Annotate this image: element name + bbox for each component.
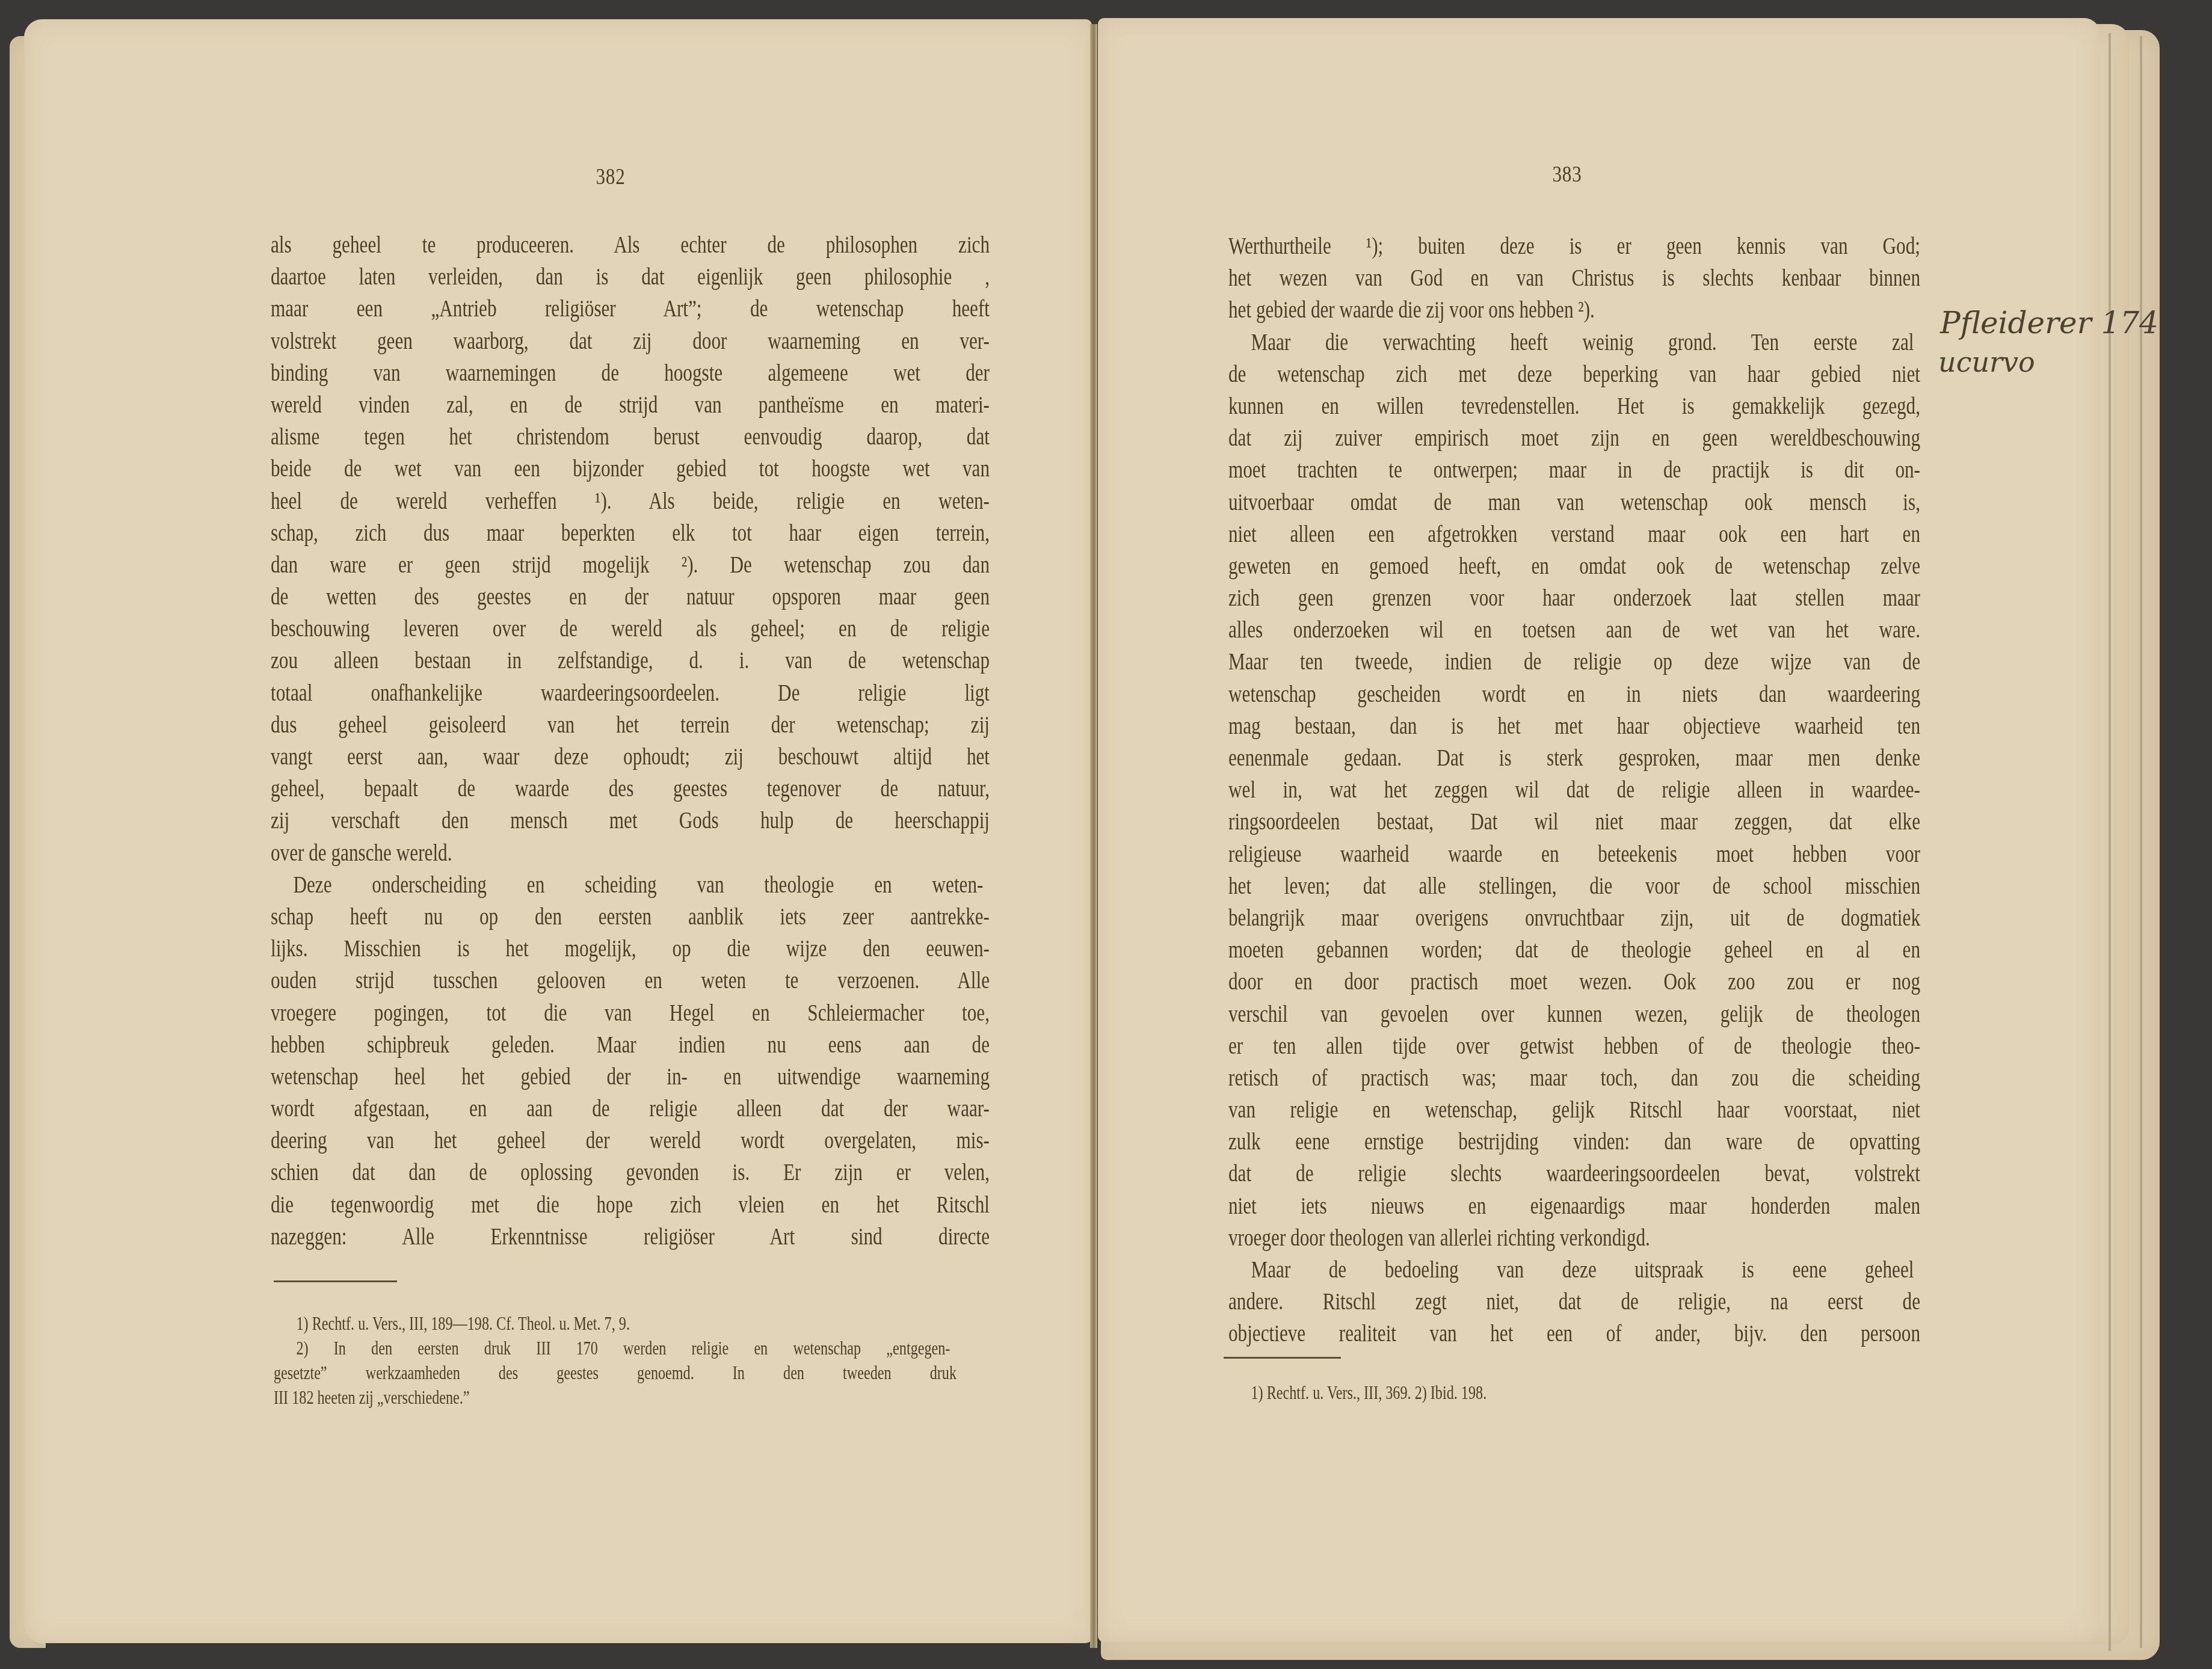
page-edge-shadow [2109,33,2111,1651]
handwritten-margin-note-line1: Pfleiderer 174 [1940,306,2158,340]
text-line: alisme tegen het christendom berust eenv… [271,420,990,452]
text-line: retisch of practisch was; maar toch, dan… [1228,1062,1920,1093]
footnote-line: III 182 heeten zij „verschiedene.” [274,1385,806,1410]
text-line: er ten allen tijde over getwist hebben o… [1228,1030,1920,1062]
page-number-right: 383 [1552,161,1582,188]
text-line: alles onderzoeken wil en toetsen aan de … [1228,613,1920,645]
text-line: schap, zich dus maar beperkten elk tot h… [271,517,990,549]
text-line: belangrijk maar overigens onvruchtbaar z… [1228,902,1920,933]
text-line: wetenschap heel het gebied der in- en ui… [271,1060,990,1092]
text-line: over de gansche wereld. [271,837,831,868]
text-line: beschouwing leveren over de wereld als g… [271,612,990,644]
text-line: Maar de bedoeling van deze uitspraak is … [1228,1253,1914,1285]
text-line: daartoe laten verleiden, dan is dat eige… [271,260,990,292]
footnote-line: 2) In den eersten druk III 170 werden re… [274,1336,950,1360]
text-line: ringsoordeelen bestaat, Dat wil niet maa… [1228,805,1920,837]
text-line: zulk eene ernstige bestrijding vinden: d… [1228,1125,1920,1157]
text-line: het leven; dat alle stellingen, die voor… [1228,870,1920,902]
text-line: moeten gebannen worden; dat de theologie… [1228,933,1920,965]
text-line: binding van waarnemingen de hoogste alge… [271,357,990,389]
text-line: verschil van gevoelen over kunnen wezen,… [1228,998,1920,1030]
text-line: zij verschaft den mensch met Gods hulp d… [271,804,990,836]
text-line: wordt afgestaan, en aan de religie allee… [271,1092,990,1124]
text-line: lijks. Misschien is het mogelijk, op die… [271,932,990,964]
text-line: schien dat dan de oplossing gevonden is.… [271,1156,990,1188]
text-line: wel in, wat het zeggen wil dat de religi… [1228,773,1920,805]
text-line: nazeggen: Alle Erkenntnisse religiöser A… [271,1220,990,1252]
text-line: volstrekt geen waarborg, dat zij door wa… [271,325,990,357]
text-line: dus geheel geisoleerd van het terrein de… [271,708,990,740]
footnote-line: gesetzte” werkzaamheden des geestes geno… [274,1360,957,1385]
text-line: de wetenschap zich met deze beperking va… [1228,358,1920,390]
page-number-left: 382 [596,164,625,190]
text-line: eenenmale gedaan. Dat is sterk gesproken… [1228,742,1920,773]
text-line: vroeger door theologen van allerlei rich… [1228,1222,1768,1253]
handwritten-margin-note-line2: ucurvo [1938,346,2035,378]
text-line: door en door practisch moet wezen. Ook z… [1228,965,1920,997]
footnote-line: 1) Rechtf. u. Vers., III, 189—198. Cf. T… [274,1311,806,1336]
text-line: geheel, bepaalt de waarde des geestes te… [271,772,990,804]
text-line: geweten en gemoed heeft, en omdat ook de… [1228,550,1920,582]
footnote-rule-right [1224,1357,1341,1359]
text-line: de wetten des geestes en der natuur opsp… [271,580,990,612]
book-gutter [1090,24,1097,1648]
text-line: religieuse waarheid waarde en beteekenis… [1228,838,1920,870]
text-line: als geheel te produceeren. Als echter de… [271,229,990,260]
text-line: Maar die verwachting heeft weinig grond.… [1228,326,1914,358]
right-page-footnotes: 1) Rechtf. u. Vers., III, 369. 2) Ibid. … [1228,1380,1770,1405]
text-line: die tegenwoordig met die hope zich vleie… [271,1188,990,1220]
text-line: vangt eerst aan, waar deze ophoudt; zij … [271,740,990,772]
text-line: objectieve realiteit van het een of ande… [1228,1317,1920,1349]
text-line: moet trachten te ontwerpen; maar in de p… [1228,453,1920,485]
footnote-line: 1) Rechtf. u. Vers., III, 369. 2) Ibid. … [1228,1380,1651,1405]
text-line: zich geen grenzen voor haar onderzoek la… [1228,582,1920,613]
text-line: dan ware er geen strijd mogelijk ²). De … [271,549,990,580]
text-line: deering van het geheel der wereld wordt … [271,1124,990,1156]
text-line: uitvoerbaar omdat de man van wetenschap … [1228,486,1920,518]
right-page-body: Werthurtheile ¹); buiten deze is er geen… [1228,230,1920,1350]
text-line: zou alleen bestaan in zelfstandige, d. i… [271,644,990,676]
text-line: hebben schipbreuk geleden. Maar indien n… [271,1028,990,1060]
text-line: mag bestaan, dan is het met haar objecti… [1228,710,1920,742]
text-line: niet alleen een afgetrokken verstand maa… [1228,518,1920,550]
text-line: Deze onderscheiding en scheiding van the… [271,868,983,900]
text-line: kunnen en willen tevredenstellen. Het is… [1228,390,1920,422]
text-line: totaal onafhankelijke waardeeringsoordee… [271,677,990,708]
text-line: Maar ten tweede, indien de religie op de… [1228,645,1920,677]
text-line: Werthurtheile ¹); buiten deze is er geen… [1228,230,1920,262]
text-line: het gebied der waarde die zij voor ons h… [1228,294,1768,325]
text-line: maar een „Antrieb religiöser Art”; de we… [271,292,990,324]
text-line: het wezen van God en van Christus is sle… [1228,262,1920,294]
text-line: wetenschap gescheiden wordt en in niets … [1228,678,1920,710]
text-line: niet iets nieuws en eigenaardigs maar ho… [1228,1190,1920,1222]
text-line: wereld vinden zal, en de strijd van pant… [271,389,990,420]
text-line: ouden strijd tusschen gelooven en weten … [271,964,990,996]
text-line: schap heeft nu op den eersten aanblik ie… [271,900,990,932]
text-line: dat zij zuiver empirisch moet zijn en ge… [1228,422,1920,453]
text-line: andere. Ritschl zegt niet, dat de religi… [1228,1285,1920,1317]
text-line: vroegere pogingen, tot die van Hegel en … [271,997,990,1028]
text-line: van religie en wetenschap, gelijk Ritsch… [1228,1093,1920,1125]
text-line: dat de religie slechts waardeeringsoorde… [1228,1157,1920,1189]
text-line: beide de wet van een bijzonder gebied to… [271,452,990,484]
page-edge-shadow [2140,36,2142,1648]
left-page-footnotes: 1) Rechtf. u. Vers., III, 189—198. Cf. T… [274,1311,957,1410]
text-line: heel de wereld verheffen ¹). Als beide, … [271,485,990,517]
left-page-body: als geheel te produceeren. Als echter de… [271,229,990,1252]
footnote-rule-left [274,1280,397,1282]
